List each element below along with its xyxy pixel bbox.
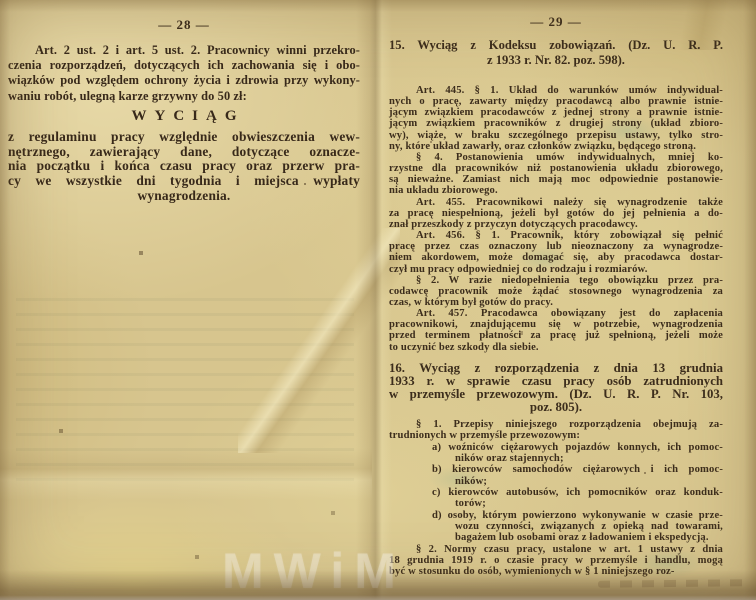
scan-edge-shadow-right <box>744 0 756 600</box>
text-line: ników; <box>389 476 723 487</box>
text-line: pracę przez czas oznaczony lub nieoznacz… <box>389 241 723 252</box>
text-line: czył mu pracy odpowiedniej co do rodzaju… <box>389 264 723 275</box>
text-line: jącym związkiem pracowników z drugiej st… <box>389 118 723 129</box>
text-line: w przemyśle przewozowym. (Dz. U. R. P. N… <box>389 388 723 401</box>
section-15-body: Art. 445. § 1. Układ do warunków umów in… <box>389 85 723 353</box>
text-line: trudnionych w przemyśle przewozowym: <box>389 430 723 441</box>
text-line: ny, które układ zawarły, oraz członków z… <box>389 141 723 152</box>
text-line: rzystne dla pracowników niż postanowieni… <box>389 163 723 174</box>
text-line: poz. 805). <box>389 401 723 414</box>
section-16-heading: 16. Wyciąg z rozporządzenia z dnia 13 gr… <box>389 362 723 414</box>
text-line: 16. Wyciąg z rozporządzenia z dnia 13 gr… <box>389 362 723 375</box>
page-number-left: — 28 — <box>8 17 360 33</box>
text-line: nia początku i końca czasu pracy oraz pr… <box>8 159 360 174</box>
text-line: nętrznego, zawierający dane, dotyczące o… <box>8 145 360 160</box>
text-line: znał przeszkody z przyczyn dotyczących p… <box>389 219 723 230</box>
paper-crease <box>0 448 372 500</box>
text-line: Art. 445. § 1. Układ do warunków umów in… <box>389 85 723 96</box>
scanned-booklet-spread: — 28 — Art. 2 ust. 2 i art. 5 ust. 2. Pr… <box>0 0 756 600</box>
text-line: b) kierowców samochodów ciężarowych i ic… <box>389 464 723 475</box>
text-line: Art. 457. Pracodawca obowiązany jest do … <box>389 308 723 319</box>
text-line: bagażem lub osobami oraz z ładowaniem i … <box>389 532 723 543</box>
page-fold-shadow <box>356 0 392 600</box>
extract-notice-paragraph: z regulaminu pracy względnie obwieszczen… <box>8 130 360 204</box>
text-line: nych o pracę, zawarty między pracodawcą … <box>389 96 723 107</box>
text-line: wozu czynności, związanych z opieką nad … <box>389 521 723 532</box>
text-line: czenia rozporządzeń, dotyczących ich zac… <box>8 58 360 73</box>
text-line: § 4. Postanowienia umów indywidualnych, … <box>389 152 723 163</box>
text-line: Art. 456. § 1. Pracownik, który zobowiąz… <box>389 230 723 241</box>
article-2-paragraph: Art. 2 ust. 2 i art. 5 ust. 2. Pracownic… <box>8 43 360 104</box>
text-line: 1933 r. w sprawie czasu pracy osób zatru… <box>389 375 723 388</box>
text-line: przed terminem płatności za pracę już sp… <box>389 330 723 341</box>
text-line: 15. Wyciąg z Kodeksu zobowiązań. (Dz. U.… <box>389 38 723 53</box>
text-line: to uczynić bez szkody dla siebie. <box>389 342 723 353</box>
text-line: § 2. Normy czasu pracy, ustalone w art. … <box>389 544 723 555</box>
extract-heading: WYCIĄG <box>8 108 360 125</box>
text-line: niem akordowem, może domagać się, aby pr… <box>389 252 723 263</box>
text-line: być w stosunku do osób, wymienionych w §… <box>389 566 723 577</box>
text-line: wy), wiąże, w braku szczególnego przepis… <box>389 130 723 141</box>
text-line: są nieważne. Zamiast nich mają moc odpow… <box>389 174 723 185</box>
archive-watermark: MWiM <box>222 542 406 600</box>
text-line: cy we wszystkie dni tygodnia i miejsca w… <box>8 174 360 189</box>
text-line: nia układu zbiorowego. <box>389 185 723 196</box>
section-15-heading: 15. Wyciąg z Kodeksu zobowiązań. (Dz. U.… <box>389 38 723 67</box>
ink-smudge <box>598 579 748 588</box>
text-line: jącym związkiem pracodawców z jednej str… <box>389 107 723 118</box>
text-line: z regulaminu pracy względnie obwieszczen… <box>8 130 360 145</box>
paper-specks <box>0 0 2 2</box>
text-line: c) kierowców autobusów, ich pomocników o… <box>389 487 723 498</box>
text-line: ników oraz stajennych; <box>389 453 723 464</box>
page-number-right: — 29 — <box>389 14 723 30</box>
paper-crease <box>238 228 400 453</box>
text-line: z 1933 r. Nr. 82. poz. 598). <box>389 53 723 68</box>
ink-bleedthrough-texture <box>16 292 354 482</box>
scan-edge-shadow-top <box>0 0 756 12</box>
text-line: § 1. Przepisy niniejszego rozporządzenia… <box>389 419 723 430</box>
text-line: waniu robót, ulegną karze grzywny do 50 … <box>8 89 360 104</box>
text-line: 18 grudnia 1919 r. o czasie pracy w prze… <box>389 555 723 566</box>
text-line: pracownikowi, znajdującemu się w potrzeb… <box>389 319 723 330</box>
section-16-body: § 1. Przepisy niniejszego rozporządzenia… <box>389 419 723 578</box>
text-line: codawcę pracownik może żądać stosownego … <box>389 286 723 297</box>
text-line: wynagrodzenia. <box>8 189 360 204</box>
text-line: § 2. W razie niedopełnienia tego obowiąz… <box>389 275 723 286</box>
text-line: wiązków pod względem ochrony życia i zdr… <box>8 73 360 88</box>
text-line: d) osoby, którym powierzono wykonywanie … <box>389 510 723 521</box>
text-line: torów; <box>389 498 723 509</box>
text-line: Art. 455. Pracownikowi należy się wynagr… <box>389 197 723 208</box>
text-line: a) woźniców ciężarowych pojazdów konnych… <box>389 442 723 453</box>
text-line: za pracę niespełnioną, jeżeli był gotów … <box>389 208 723 219</box>
text-line: czas, w którym był gotów do pracy. <box>389 297 723 308</box>
text-line: Art. 2 ust. 2 i art. 5 ust. 2. Pracownic… <box>8 43 360 58</box>
